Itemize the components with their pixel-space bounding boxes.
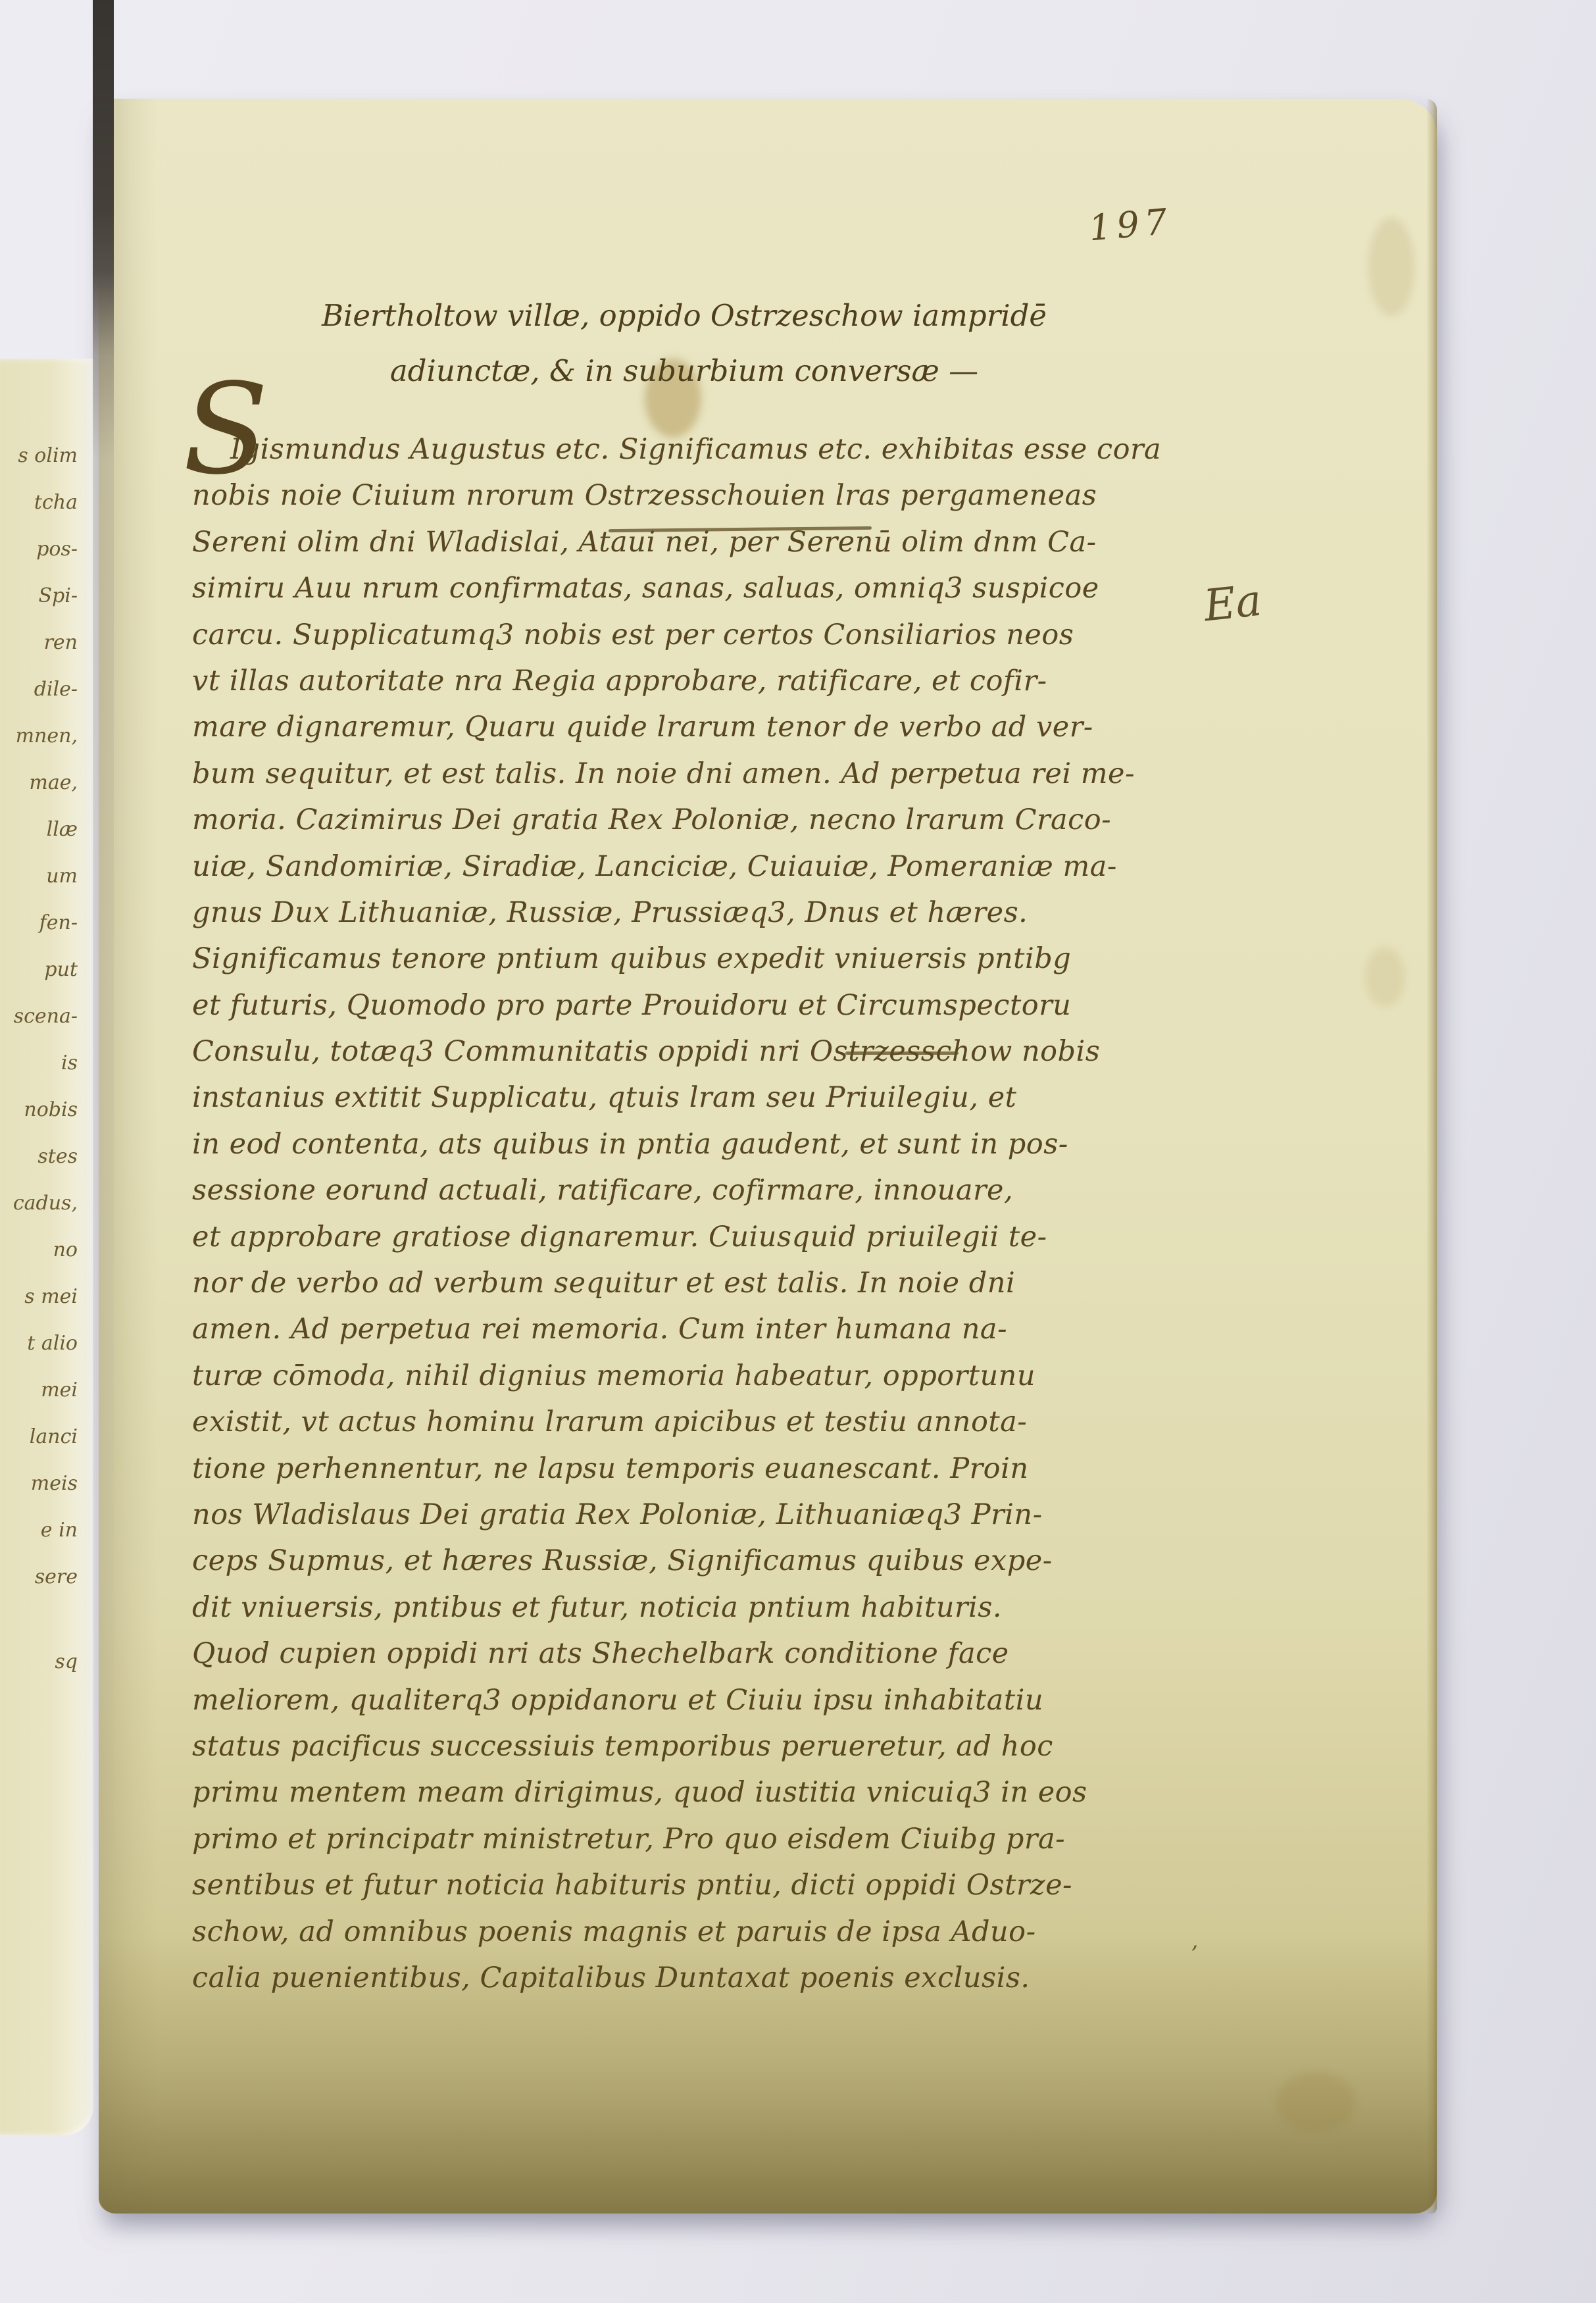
photograph-backdrop: s olimtchapos-Spi-rendile-mnen,mae,llæum…: [0, 0, 1596, 2303]
manuscript-line: primo et principatr ministretur, Pro quo…: [192, 1816, 1179, 1862]
manuscript-line: bum sequitur, et est talis. In noie dni …: [192, 751, 1179, 797]
manuscript-line: sessione eorund actuali, ratificare, cof…: [192, 1167, 1179, 1213]
book-binding-rod: [93, 0, 114, 2092]
manuscript-line: uiæ, Sandomiriæ, Siradiæ, Lanciciæ, Cuia…: [192, 844, 1179, 890]
manuscript-line: schow, ad omnibus poenis magnis et parui…: [192, 1909, 1179, 1955]
manuscript-line: moria. Cazimirus Dei gratia Rex Poloniæ,…: [192, 797, 1179, 843]
manuscript-line: calia puenientibus, Capitalibus Duntaxat…: [192, 1955, 1179, 2001]
text-fragment: no: [0, 1227, 78, 1273]
facing-page-text-fragments: s olimtchapos-Spi-rendile-mnen,mae,llæum…: [0, 432, 78, 1685]
manuscript-line: Quod cupien oppidi nri ats Shechelbark c…: [192, 1631, 1179, 1677]
text-fragment: stes: [0, 1133, 78, 1180]
manuscript-line: amen. Ad perpetua rei memoria. Cum inter…: [192, 1306, 1179, 1352]
manuscript-line: carcu. Supplicatumq3 nobis est per certo…: [192, 612, 1179, 658]
paper-stain: [1368, 217, 1414, 316]
manuscript-line: vt illas autoritate nra Regia approbare,…: [192, 658, 1179, 704]
manuscript-line: meliorem, qualiterq3 oppidanoru et Ciuiu…: [192, 1677, 1179, 1723]
text-fragment: lanci: [0, 1413, 78, 1460]
text-fragment: mei: [0, 1367, 78, 1413]
text-fragment: Spi-: [0, 572, 78, 619]
document-heading: Biertholtow villæ, oppido Ostrzeschow ia…: [296, 288, 1072, 399]
manuscript-line: Igismundus Augustus etc. Significamus et…: [192, 426, 1179, 472]
text-fragment: llæ: [0, 806, 78, 853]
manuscript-line: ceps Supmus, et hæres Russiæ, Significam…: [192, 1538, 1179, 1584]
page-right-edge: [1426, 99, 1437, 2214]
manuscript-line: turæ cōmoda, nihil dignius memoria habea…: [192, 1353, 1179, 1399]
text-fragment: um: [0, 853, 78, 899]
stray-ink-mark: ’: [1191, 1941, 1198, 1967]
manuscript-line: instanius extitit Supplicatu, qtuis lram…: [192, 1075, 1179, 1121]
underline-ostrzesschow: [845, 1051, 959, 1055]
text-fragment: meis: [0, 1460, 78, 1507]
text-fragment: scena-: [0, 993, 78, 1040]
text-fragment: sq: [0, 1638, 78, 1685]
manuscript-line: Significamus tenore pntium quibus expedi…: [192, 936, 1179, 982]
text-fragment: nobis: [0, 1086, 78, 1133]
manuscript-line: tione perhennentur, ne lapsu temporis eu…: [192, 1446, 1179, 1492]
manuscript-line: Consulu, totæq3 Communitatis oppidi nri …: [192, 1028, 1179, 1075]
text-fragment: s mei: [0, 1273, 78, 1320]
manuscript-line: et futuris, Quomodo pro parte Prouidoru …: [192, 982, 1179, 1028]
heading-line-2: adiunctæ, & in suburbium conversæ —: [296, 343, 1072, 399]
manuscript-line: nor de verbo ad verbum sequitur et est t…: [192, 1260, 1179, 1306]
facing-page-edge: s olimtchapos-Spi-rendile-mnen,mae,llæum…: [0, 359, 93, 2135]
text-fragment: mnen,: [0, 713, 78, 759]
text-fragment: cadus,: [0, 1180, 78, 1227]
manuscript-line: gnus Dux Lithuaniæ, Russiæ, Prussiæq3, D…: [192, 890, 1179, 936]
text-fragment: e in: [0, 1507, 78, 1554]
manuscript-line: nobis noie Ciuium nrorum Ostrzesschouien…: [192, 472, 1179, 519]
manuscript-line: status pacificus successiuis temporibus …: [192, 1723, 1179, 1769]
margin-note: Ea: [1201, 575, 1264, 632]
manuscript-page: 197 Biertholtow villæ, oppido Ostrzescho…: [99, 99, 1437, 2214]
manuscript-line: Sereni olim dni Wladislai, Ataui nei, pe…: [192, 519, 1179, 565]
text-fragment: t alio: [0, 1320, 78, 1367]
manuscript-line: primu mentem meam dirigimus, quod iustit…: [192, 1769, 1179, 1815]
manuscript-line: dit vniuersis, pntibus et futur, noticia…: [192, 1584, 1179, 1631]
text-fragment: put: [0, 946, 78, 993]
text-fragment: mae,: [0, 759, 78, 806]
manuscript-line: existit, vt actus hominu lrarum apicibus…: [192, 1399, 1179, 1445]
text-fragment: pos-: [0, 526, 78, 572]
manuscript-line: mare dignaremur, Quaru quide lrarum teno…: [192, 704, 1179, 750]
text-fragment: ren: [0, 619, 78, 666]
text-fragment: is: [0, 1040, 78, 1086]
text-fragment: tcha: [0, 479, 78, 526]
manuscript-line: et approbare gratiose dignaremur. Cuiusq…: [192, 1214, 1179, 1260]
text-fragment: sere: [0, 1554, 78, 1600]
folio-number: 197: [1087, 201, 1174, 249]
foxing-spot: [1276, 2073, 1355, 2132]
manuscript-line: simiru Auu nrum confirmatas, sanas, salu…: [192, 565, 1179, 611]
text-fragment: s olim: [0, 432, 78, 479]
manuscript-line: in eod contenta, ats quibus in pntia gau…: [192, 1121, 1179, 1167]
text-fragment: fen-: [0, 899, 78, 946]
manuscript-line: nos Wladislaus Dei gratia Rex Poloniæ, L…: [192, 1492, 1179, 1538]
heading-line-1: Biertholtow villæ, oppido Ostrzeschow ia…: [296, 288, 1072, 343]
manuscript-body: Igismundus Augustus etc. Significamus et…: [192, 426, 1179, 2001]
text-fragment: dile-: [0, 666, 78, 713]
manuscript-line: sentibus et futur noticia habituris pnti…: [192, 1862, 1179, 1908]
paper-stain: [1365, 948, 1405, 1007]
